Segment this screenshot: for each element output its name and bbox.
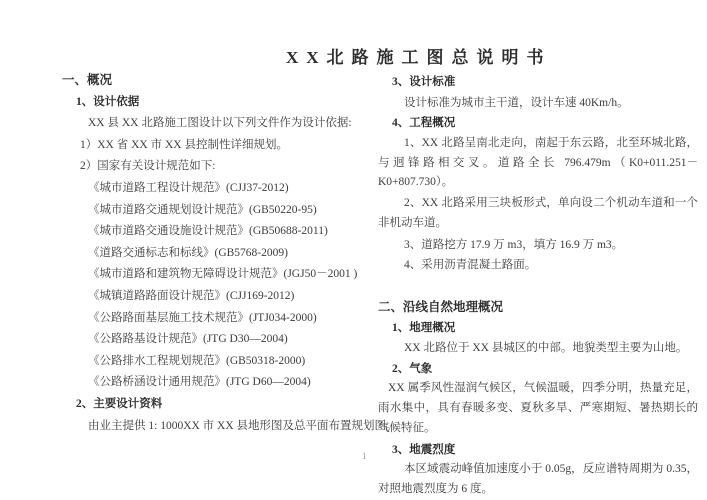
earthquake-heading: 3、地震烈度 bbox=[392, 440, 698, 461]
design-standard-heading: 3、设计标准 bbox=[392, 72, 698, 93]
document-title: XX北路施工图总说明书 bbox=[286, 43, 552, 68]
design-materials-heading: 2、主要设计资料 bbox=[76, 394, 378, 416]
weather-heading: 2、气象 bbox=[392, 359, 698, 380]
right-column: 3、设计标准 设计标准为城市主干道，设计车速 40Km/h。 4、工程概况 1、… bbox=[378, 72, 698, 500]
spec-item: 《城市道路工程设计规范》(CJJ37-2012) bbox=[88, 178, 378, 200]
project-overview-item-3: 3、道路挖方 17.9 万 m3，填方 16.9 万 m3。 bbox=[404, 235, 698, 256]
design-basis-intro: XX 县 XX 北路施工图设计以下列文件作为设计依据: bbox=[88, 113, 378, 135]
spec-item: 《公路排水工程规划规范》(GB50318-2000) bbox=[88, 351, 378, 373]
design-basis-item-2: 2）国家有关设计规范如下: bbox=[80, 156, 378, 178]
geography-heading: 1、地理概况 bbox=[392, 318, 698, 339]
project-overview-heading: 4、工程概况 bbox=[392, 113, 698, 134]
project-overview-item-2: 2、XX 北路采用三块板形式，单向设二个机动车道和一个非机动车道。 bbox=[378, 194, 698, 234]
document-page: XX北路施工图总说明书 一、概况 1、设计依据 XX 县 XX 北路施工图设计以… bbox=[0, 0, 707, 500]
spec-item: 《城市道路交通设施设计规范》(GB50688-2011) bbox=[88, 221, 378, 243]
left-column: 一、概况 1、设计依据 XX 县 XX 北路施工图设计以下列文件作为设计依据: … bbox=[62, 70, 378, 437]
design-basis-item-1: 1）XX 省 XX 市 XX 县控制性详细规划。 bbox=[80, 135, 378, 157]
page-number: 1 bbox=[362, 451, 367, 461]
spec-item: 《城市道路交通规划设计规范》(GB50220-95) bbox=[88, 200, 378, 222]
design-materials-body: 由业主提供 1: 1000XX 市 XX 县地形图及总平面布置规划图。 bbox=[88, 416, 378, 438]
weather-body: XX 属季风性湿润气候区，气候温暖，四季分明，热量充足，雨水集中，具有春暖多变、… bbox=[378, 379, 698, 438]
design-standard-body: 设计标准为城市主干道，设计车速 40Km/h。 bbox=[404, 93, 698, 114]
earthquake-body: 本区域震动峰值加速度小于 0.05g，反应谱特周期为 0.35，对照地震烈度为 … bbox=[378, 460, 698, 500]
project-overview-item-1: 1、XX 北路呈南北走向，南起于东云路，北至环城北路，与迥锋路相交叉。道路全长 … bbox=[378, 134, 698, 193]
project-overview-item-4: 4、采用沥青混凝土路面。 bbox=[404, 255, 698, 276]
spec-item: 《公路路基设计规范》(JTG D30—2004) bbox=[88, 329, 378, 351]
section-2-geography-heading: 二、沿线自然地理概况 bbox=[378, 297, 698, 318]
spec-item: 《城镇道路路面设计规范》(CJJ169-2012) bbox=[88, 286, 378, 308]
spec-item: 《公路路面基层施工技术规范》(JTJ034-2000) bbox=[88, 308, 378, 330]
spec-item: 《道路交通标志和标线》(GB5768-2009) bbox=[88, 243, 378, 265]
geography-body: XX 北路位于 XX 县城区的中部。地貌类型主要为山地。 bbox=[404, 338, 698, 359]
section-1-overview-heading: 一、概况 bbox=[62, 70, 378, 92]
spec-item: 《城市道路和建筑物无障碍设计规范》(JGJ50－2001 ) bbox=[88, 264, 378, 286]
design-basis-heading: 1、设计依据 bbox=[76, 92, 378, 114]
spec-item: 《公路桥涵设计通用规范》(JTG D60—2004) bbox=[88, 372, 378, 394]
